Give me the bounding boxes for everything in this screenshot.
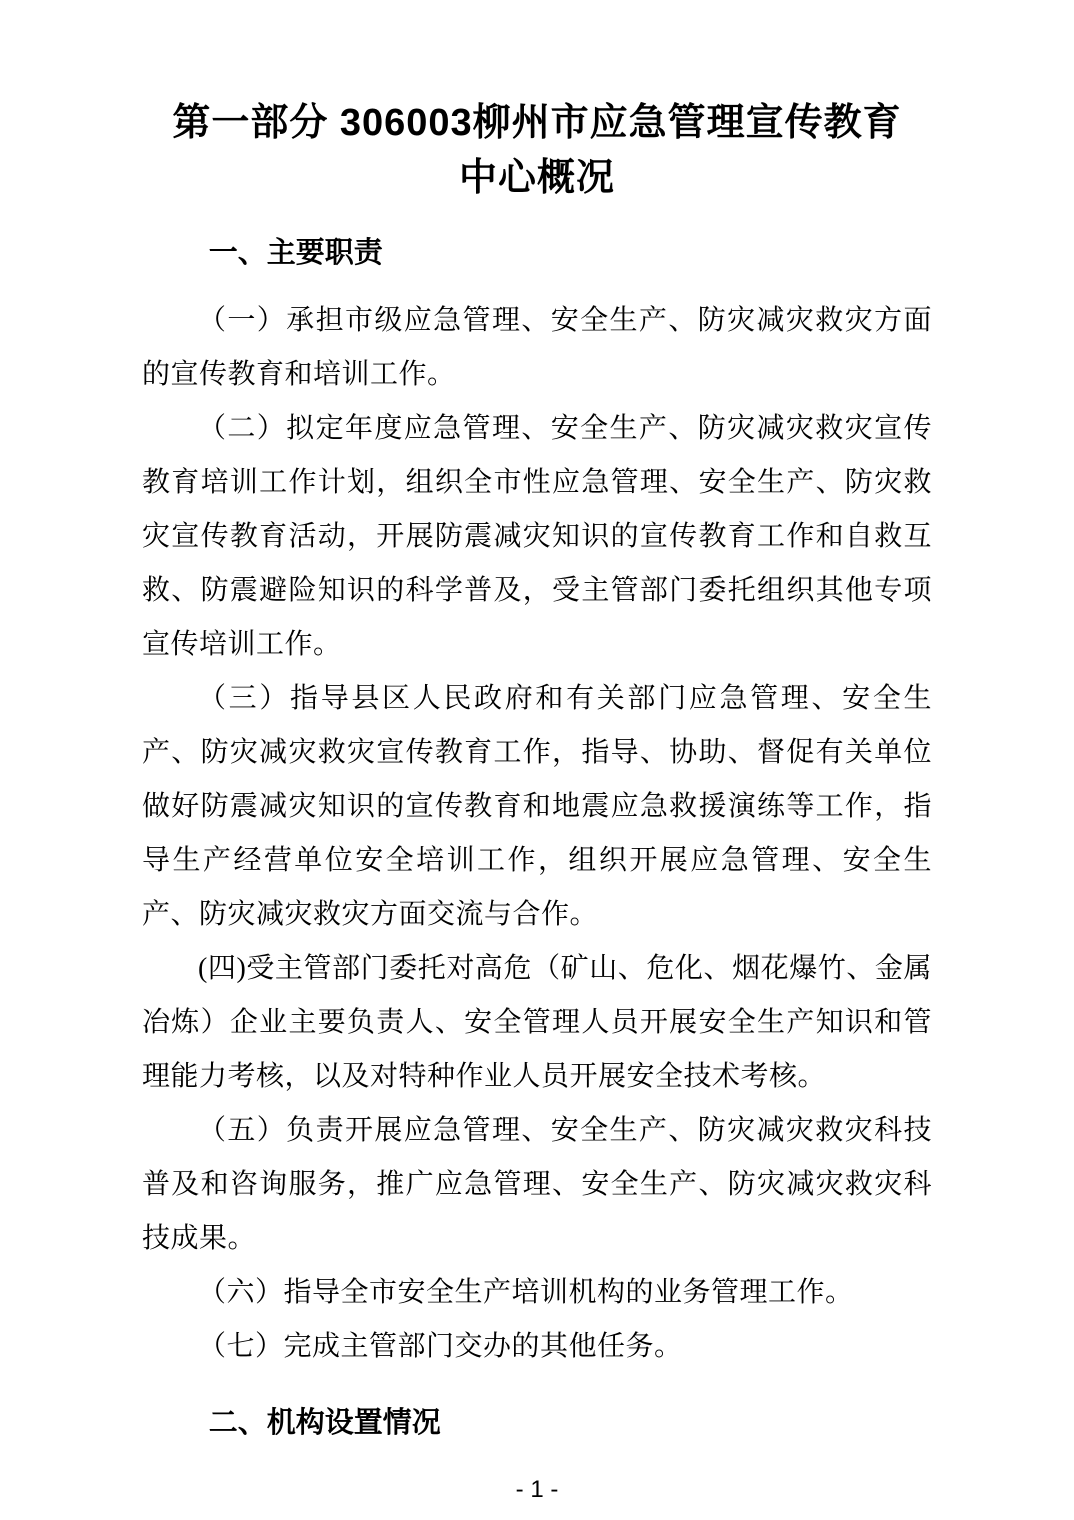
duty-paragraph-5: （五）负责开展应急管理、安全生产、防灾减灾救灾科技普及和咨询服务，推广应急管理、… — [142, 1104, 932, 1266]
duty-paragraph-6: （六）指导全市安全生产培训机构的业务管理工作。 — [142, 1266, 932, 1320]
section-heading-organization-setup: 二、机构设置情况 — [142, 1402, 932, 1444]
section-heading-main-duties: 一、主要职责 — [142, 232, 932, 274]
duty-paragraph-7: （七）完成主管部门交办的其他任务。 — [142, 1320, 932, 1374]
document-title: 第一部分 306003柳州市应急管理宣传教育中心概况 — [165, 96, 910, 206]
document-page: 第一部分 306003柳州市应急管理宣传教育中心概况 一、主要职责 （一）承担市… — [0, 0, 1074, 1520]
duty-paragraph-4: (四)受主管部门委托对高危（矿山、危化、烟花爆竹、金属冶炼）企业主要负责人、安全… — [142, 942, 932, 1104]
duty-paragraph-3: （三）指导县区人民政府和有关部门应急管理、安全生产、防灾减灾救灾宣传教育工作，指… — [142, 672, 932, 942]
duty-paragraph-2: （二）拟定年度应急管理、安全生产、防灾减灾救灾宣传教育培训工作计划，组织全市性应… — [142, 402, 932, 672]
section-body-main-duties: （一）承担市级应急管理、安全生产、防灾减灾救灾方面的宣传教育和培训工作。 （二）… — [142, 294, 932, 1374]
page-number: - 1 - — [0, 1476, 1074, 1504]
duty-paragraph-1: （一）承担市级应急管理、安全生产、防灾减灾救灾方面的宣传教育和培训工作。 — [142, 294, 932, 402]
